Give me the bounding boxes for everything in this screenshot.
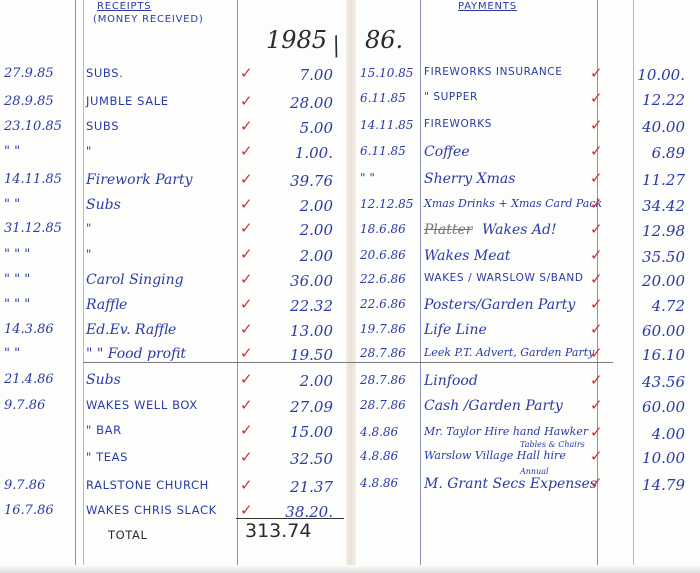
check-tick-icon: ✓ (240, 320, 253, 338)
check-tick-icon: ✓ (590, 142, 603, 160)
receipt-amount: 32.50 (255, 450, 333, 468)
payment-date: 14.11.85 (360, 118, 413, 132)
payment-description: Leek P.T. Advert, Garden Party (424, 346, 594, 359)
receipt-description: JUMBLE SALE (86, 94, 169, 108)
payment-date: 15.10.85 (360, 66, 413, 80)
receipt-description: " " Food profit (86, 346, 186, 362)
receipt-description: Subs (86, 372, 121, 388)
check-tick-icon: ✓ (590, 295, 603, 313)
receipt-date: " " " (4, 272, 30, 287)
receipt-description: Carol Singing (86, 272, 184, 288)
receipt-date: " " (4, 346, 20, 361)
payment-amount: 35.50 (605, 248, 685, 266)
check-tick-icon: ✓ (590, 116, 603, 134)
payment-amount: 4.72 (605, 297, 685, 315)
check-tick-icon: ✓ (590, 371, 603, 389)
receipt-description: " (86, 221, 92, 235)
check-tick-icon: ✓ (240, 476, 253, 494)
check-tick-icon: ✓ (240, 64, 253, 82)
payment-date: 6.11.85 (360, 144, 406, 158)
receipt-description: " (86, 144, 92, 158)
check-tick-icon: ✓ (240, 142, 253, 160)
check-tick-icon: ✓ (590, 270, 603, 288)
receipt-date: 23.10.85 (4, 119, 62, 134)
column-rule-date (75, 0, 76, 573)
receipt-date: 9.7.86 (4, 398, 45, 413)
receipt-description: WAKES CHRIS SLACK (86, 503, 217, 517)
check-tick-icon: ✓ (590, 220, 603, 238)
check-tick-icon: ✓ (590, 64, 603, 82)
receipt-amount: 39.76 (255, 172, 333, 190)
receipt-amount: 28.00 (255, 94, 333, 112)
payment-description: Life Line (424, 322, 487, 338)
check-tick-icon: ✓ (240, 295, 253, 313)
check-tick-icon: ✓ (240, 170, 253, 188)
receipt-description: " BAR (86, 423, 122, 437)
payment-date: 22.6.86 (360, 297, 406, 311)
payment-amount: 43.56 (605, 373, 685, 391)
payment-annotation: Tables & Chairs (520, 440, 585, 449)
receipt-amount: 2.00 (255, 197, 333, 215)
check-tick-icon: ✓ (590, 396, 603, 414)
receipt-amount: 2.00 (255, 372, 333, 390)
receipt-description: " TEAS (86, 450, 128, 464)
receipt-amount: 1.00. (255, 144, 333, 162)
payment-date: 28.7.86 (360, 346, 406, 360)
payment-date: 18.6.86 (360, 222, 406, 236)
payment-amount: 16.10 (605, 346, 685, 364)
receipt-amount: 5.00 (255, 119, 333, 137)
receipt-date: 28.9.85 (4, 94, 54, 109)
receipt-description: SUBS (86, 119, 119, 133)
payment-amount: 40.00 (605, 118, 685, 136)
receipt-amount: 38.20. (255, 503, 333, 521)
payment-description: Mr. Taylor Hire hand Hawker (424, 425, 588, 438)
check-tick-icon: ✓ (240, 344, 253, 362)
receipt-date: 27.9.85 (4, 66, 54, 81)
receipts-subheading: (MONEY RECEIVED) (93, 14, 204, 25)
check-tick-icon: ✓ (590, 169, 603, 187)
payment-amount: 4.00 (605, 425, 685, 443)
check-tick-icon: ✓ (590, 474, 603, 492)
payment-date: 6.11.85 (360, 91, 406, 105)
page-edge (0, 565, 700, 573)
receipt-description: Raffle (86, 297, 127, 313)
total-label: TOTAL (108, 528, 147, 542)
receipt-amount: 36.00 (255, 272, 333, 290)
check-tick-icon: ✓ (240, 370, 253, 388)
receipts-heading: RECEIPTS (97, 1, 151, 12)
payment-amount: 14.79 (605, 476, 685, 494)
year-end: 86. (365, 26, 403, 54)
check-tick-icon: ✓ (590, 195, 603, 213)
check-tick-icon: ✓ (240, 117, 253, 135)
receipt-date: 16.7.86 (4, 503, 54, 518)
check-tick-icon: ✓ (240, 195, 253, 213)
receipt-description: Subs (86, 197, 121, 213)
payment-description: Linfood (424, 373, 478, 389)
receipt-amount: 7.00 (255, 66, 333, 84)
payment-date: 19.7.86 (360, 322, 406, 336)
payment-amount: 10.00. (605, 66, 685, 84)
check-tick-icon: ✓ (240, 501, 253, 519)
receipt-amount: 15.00 (255, 423, 333, 441)
receipt-amount: 27.09 (255, 398, 333, 416)
payment-date: 4.8.86 (360, 425, 398, 439)
payment-description: Sherry Xmas (424, 171, 515, 187)
payment-date: 4.8.86 (360, 476, 398, 490)
payment-date: 20.6.86 (360, 248, 406, 262)
receipt-description: WAKES WELL BOX (86, 398, 198, 412)
check-tick-icon: ✓ (240, 396, 253, 414)
total-amount: 313.74 (245, 520, 311, 542)
book-gutter (346, 0, 356, 573)
payment-date: 4.8.86 (360, 449, 398, 463)
payment-amount: 60.00 (605, 398, 685, 416)
payment-date: 28.7.86 (360, 398, 406, 412)
payment-description: " SUPPER (424, 91, 478, 103)
payment-date: 28.7.86 (360, 373, 406, 387)
receipt-amount: 13.00 (255, 322, 333, 340)
receipt-amount: 2.00 (255, 247, 333, 265)
payment-annotation: Annual (520, 467, 549, 476)
receipt-date: 9.7.86 (4, 478, 45, 493)
payment-amount: 12.98 (605, 222, 685, 240)
payment-amount: 10.00 (605, 449, 685, 467)
column-rule-desc-start (83, 0, 84, 573)
payment-amount: 6.89 (605, 144, 685, 162)
payment-amount: 20.00 (605, 272, 685, 290)
check-tick-icon: ✓ (590, 423, 603, 441)
payment-description: FIREWORKS INSURANCE (424, 66, 562, 78)
check-tick-icon: ✓ (240, 421, 253, 439)
payment-date: " " (360, 171, 375, 185)
payment-description: Cash /Garden Party (424, 398, 563, 414)
receipt-date: 21.4.86 (4, 372, 54, 387)
ruled-line (83, 362, 613, 363)
receipt-amount: 2.00 (255, 221, 333, 239)
check-tick-icon: ✓ (590, 246, 603, 264)
column-rule-amount (237, 0, 238, 573)
check-tick-icon: ✓ (240, 245, 253, 263)
receipt-description: Ed.Ev. Raffle (86, 322, 176, 338)
receipt-description: RALSTONE CHURCH (86, 478, 209, 492)
payment-description: Coffee (424, 144, 470, 160)
receipt-date: 14.11.85 (4, 172, 62, 187)
check-tick-icon: ✓ (590, 344, 603, 362)
payment-amount: 60.00 (605, 322, 685, 340)
payment-struck-text: Platter (424, 222, 472, 238)
payment-description: M. Grant Secs Expenses (424, 476, 597, 492)
receipt-date: " " " (4, 297, 30, 312)
year-start: 1985 (266, 26, 327, 54)
check-tick-icon: ✓ (590, 447, 603, 465)
payment-description: Wakes Ad! (482, 222, 557, 238)
receipt-amount: 21.37 (255, 478, 333, 496)
check-tick-icon: ✓ (240, 270, 253, 288)
payment-description: Xmas Drinks + Xmas Card Pack (424, 197, 602, 210)
receipt-date: 14.3.86 (4, 322, 54, 337)
check-tick-icon: ✓ (240, 219, 253, 237)
check-tick-icon: ✓ (240, 448, 253, 466)
payment-date: 22.6.86 (360, 272, 406, 286)
receipt-description: Firework Party (86, 172, 193, 188)
check-tick-icon: ✓ (590, 320, 603, 338)
payment-description: Warslow Village Hall hire (424, 449, 566, 462)
receipt-description: SUBS. (86, 66, 123, 80)
receipt-amount: 19.50 (255, 346, 333, 364)
receipt-amount: 22.32 (255, 297, 333, 315)
receipt-date: " " (4, 144, 20, 159)
payment-description: Posters/Garden Party (424, 297, 575, 313)
payment-amount: 34.42 (605, 197, 685, 215)
receipt-date: 31.12.85 (4, 221, 62, 236)
payment-amount: 12.22 (605, 91, 685, 109)
receipt-description: " (86, 247, 92, 261)
check-tick-icon: ✓ (240, 92, 253, 110)
payment-description: FIREWORKS (424, 118, 492, 130)
payment-date: 12.12.85 (360, 197, 413, 211)
receipt-date: " " " (4, 247, 30, 262)
receipt-date: " " (4, 197, 20, 212)
payment-amount: 11.27 (605, 171, 685, 189)
check-tick-icon: ✓ (590, 89, 603, 107)
payments-heading: PAYMENTS (458, 1, 517, 12)
payment-description: Wakes Meat (424, 248, 511, 264)
column-rule-pay-desc (420, 0, 421, 573)
payment-description: WAKES / WARSLOW S/BAND (424, 272, 584, 284)
